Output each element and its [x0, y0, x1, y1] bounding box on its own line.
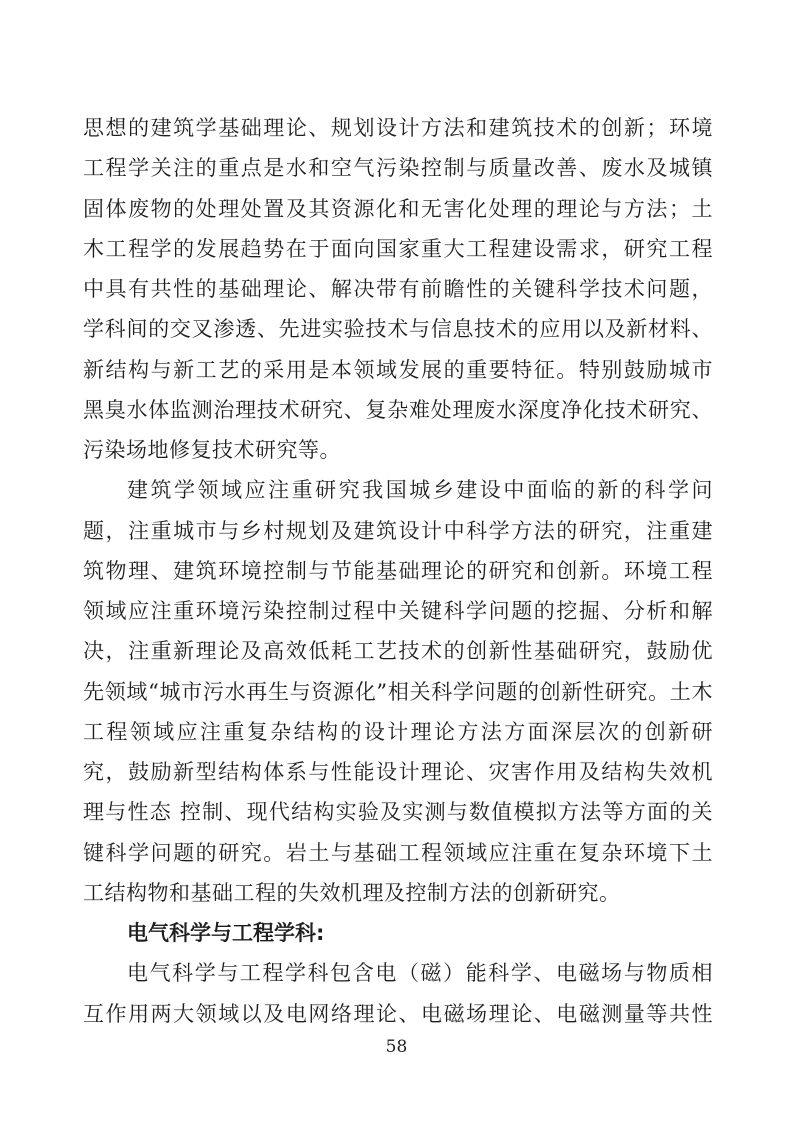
text-line: 中具有共性的基础理论、解决带有前瞻性的关键科学技术问题， [83, 269, 713, 309]
text-line: 键科学问题的研究。岩土与基础工程领域应注重在复杂环境下土 [83, 833, 713, 873]
text-line: 工程领域应注重复杂结构的设计理论方法方面深层次的创新研 [83, 712, 713, 752]
text-line: 污染场地修复技术研究等。 [83, 430, 713, 470]
document-lines: 思想的建筑学基础理论、规划设计方法和建筑技术的创新；环境工程学关注的重点是水和空… [83, 108, 713, 1034]
text-line: 学科间的交叉渗透、先进实验技术与信息技术的应用以及新材料、 [83, 309, 713, 349]
text-line: 先领域“城市污水再生与资源化”相关科学问题的创新性研究。土木 [83, 672, 713, 712]
text-line: 理与性态 控制、现代结构实验及实测与数值模拟方法等方面的关 [83, 792, 713, 832]
document-page: 思想的建筑学基础理论、规划设计方法和建筑技术的创新；环境工程学关注的重点是水和空… [0, 0, 793, 1122]
text-line: 工程学关注的重点是水和空气污染控制与质量改善、废水及城镇 [83, 148, 713, 188]
text-line: 固体废物的处理处置及其资源化和无害化处理的理论与方法；土 [83, 189, 713, 229]
text-line: 决，注重新理论及高效低耗工艺技术的创新性基础研究，鼓励优 [83, 631, 713, 671]
text-line: 思想的建筑学基础理论、规划设计方法和建筑技术的创新；环境 [83, 108, 713, 148]
text-line: 工结构物和基础工程的失效机理及控制方法的创新研究。 [83, 873, 713, 913]
document-body: 思想的建筑学基础理论、规划设计方法和建筑技术的创新；环境工程学关注的重点是水和空… [83, 108, 713, 1034]
text-line: 领域应注重环境污染控制过程中关键科学问题的挖掘、分析和解 [83, 591, 713, 631]
page-number: 58 [0, 1037, 793, 1057]
text-line: 建筑学领域应注重研究我国城乡建设中面临的新的科学问 [83, 470, 713, 510]
text-line: 黑臭水体监测治理技术研究、复杂难处理废水深度净化技术研究、 [83, 390, 713, 430]
text-line: 新结构与新工艺的采用是本领域发展的重要特征。特别鼓励城市 [83, 350, 713, 390]
section-heading: 电气科学与工程学科: [83, 913, 713, 953]
text-line: 题，注重城市与乡村规划及建筑设计中科学方法的研究，注重建 [83, 511, 713, 551]
text-line: 筑物理、建筑环境控制与节能基础理论的研究和创新。环境工程 [83, 551, 713, 591]
text-line: 互作用两大领域以及电网络理论、电磁场理论、电磁测量等共性 [83, 994, 713, 1034]
text-line: 木工程学的发展趋势在于面向国家重大工程建设需求，研究工程 [83, 229, 713, 269]
text-line: 电气科学与工程学科包含电（磁）能科学、电磁场与物质相 [83, 953, 713, 993]
text-line: 究，鼓励新型结构体系与性能设计理论、灾害作用及结构失效机 [83, 752, 713, 792]
